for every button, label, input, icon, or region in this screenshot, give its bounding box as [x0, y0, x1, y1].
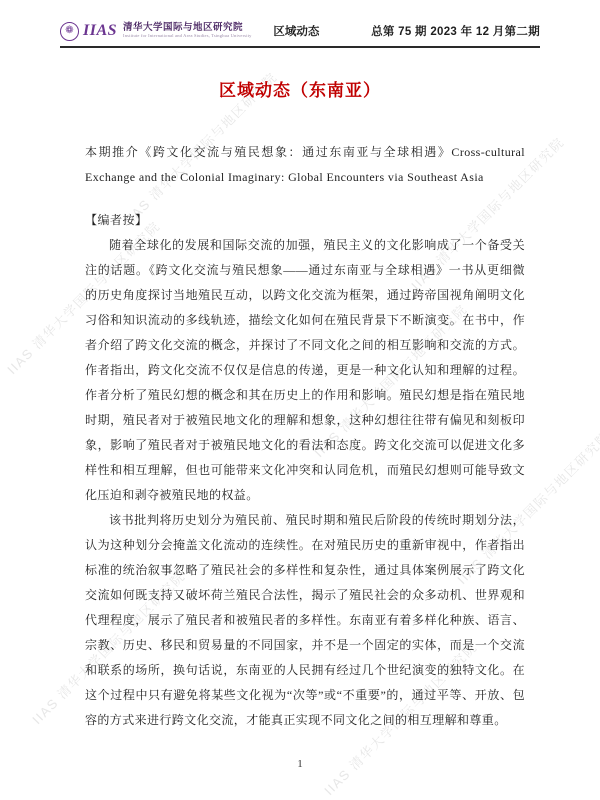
page-title: 区域动态（东南亚） — [0, 76, 600, 101]
institute-brand: ❁ IIAS 清华大学国际与地区研究院 Institute for Intern… — [60, 22, 252, 41]
page-number: 1 — [0, 758, 600, 770]
page-header: ❁ IIAS 清华大学国际与地区研究院 Institute for Intern… — [60, 20, 540, 48]
editor-note-label: 【编者按】 — [85, 208, 525, 233]
header-section-label: 区域动态 — [273, 23, 319, 39]
body-paragraph: 该书批判将历史划分为殖民前、殖民时期和殖民后阶段的传统时期划分法，认为这种划分会… — [85, 508, 525, 733]
document-body: 本期推介《跨文化交流与殖民想象：通过东南亚与全球相遇》Cross-cultura… — [85, 140, 525, 733]
intro-paragraph: 本期推介《跨文化交流与殖民想象：通过东南亚与全球相遇》Cross-cultura… — [85, 140, 525, 190]
institute-name-en: Institute for International and Area Stu… — [123, 34, 252, 39]
institute-name: 清华大学国际与地区研究院 Institute for International… — [123, 23, 252, 38]
institute-seal-icon: ❁ — [60, 22, 79, 41]
document-page: IIAS 清华大学国际与地区研究院 IIAS 清华大学国际与地区研究院 IIAS… — [0, 0, 600, 800]
body-paragraph: 随着全球化的发展和国际交流的加强，殖民主义的文化影响成了一个备受关注的话题。《跨… — [85, 233, 525, 508]
header-issue-info: 总第 75 期 2023 年 12 月第二期 — [371, 23, 540, 39]
logo-acronym: IIAS — [83, 22, 117, 40]
